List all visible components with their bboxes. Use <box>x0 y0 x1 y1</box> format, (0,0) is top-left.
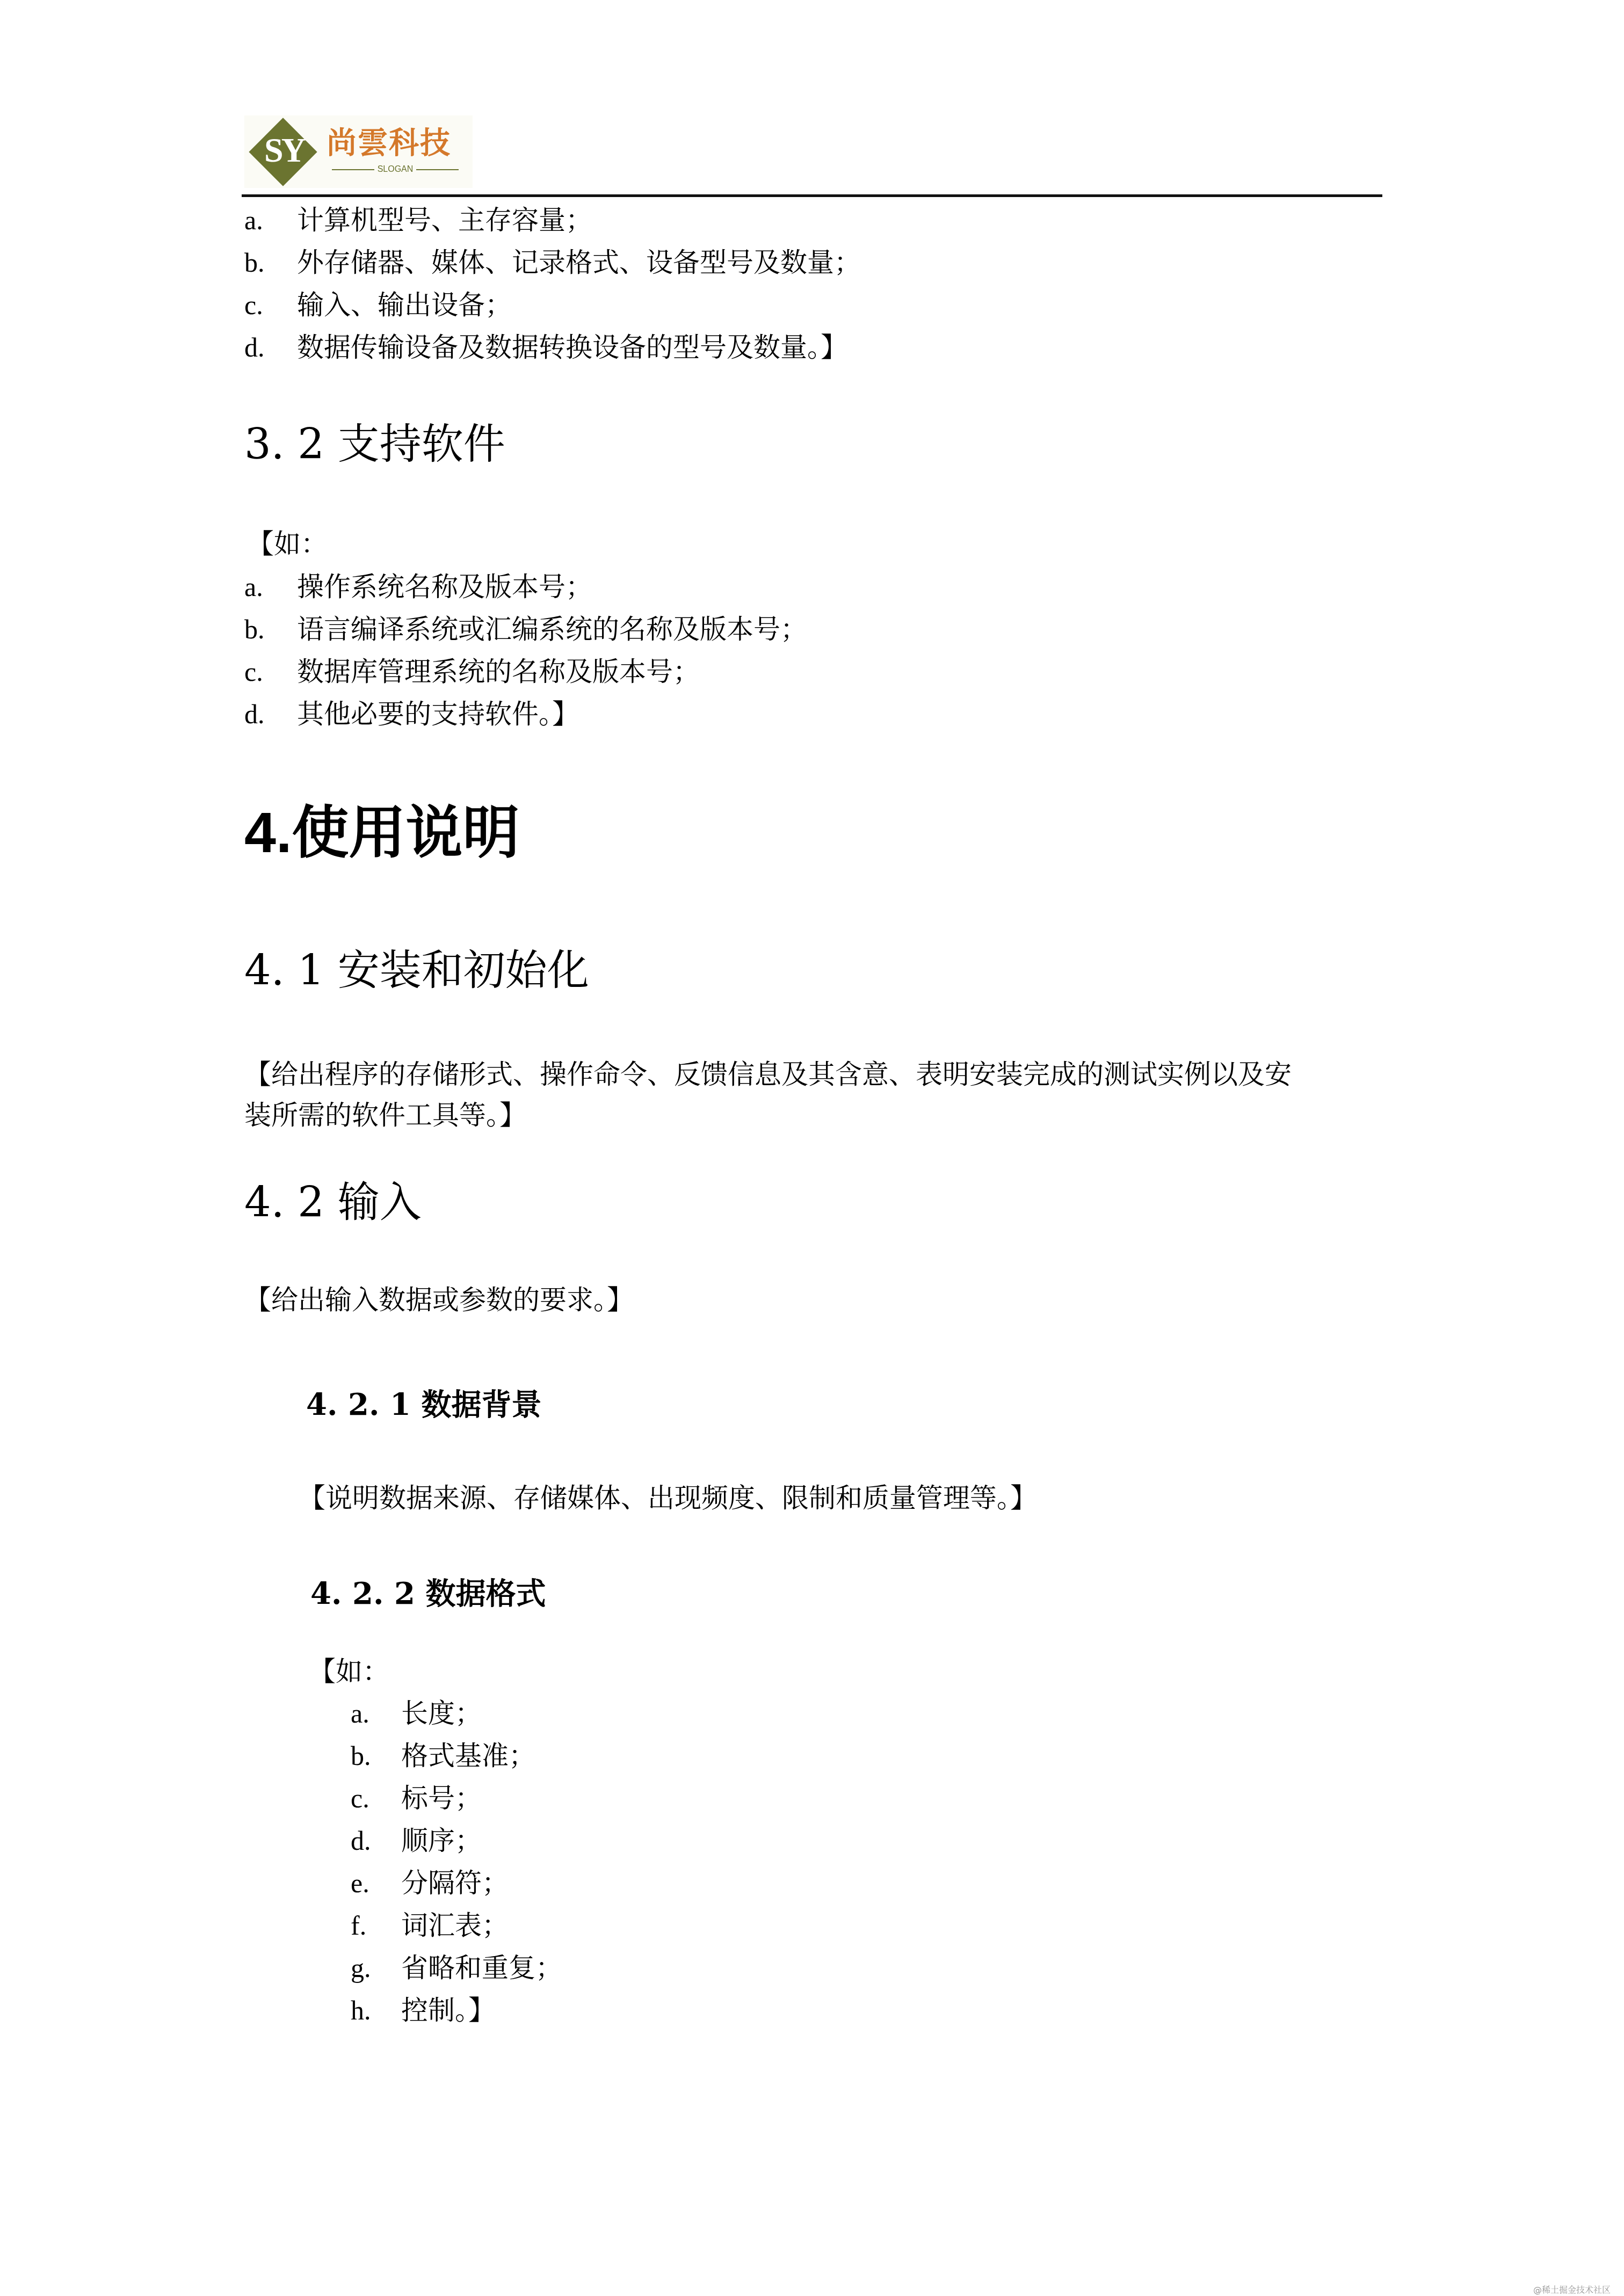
list-text: 其他必要的支持软件。】 <box>297 699 579 730</box>
list-item: c.输入、输出设备； <box>244 289 512 321</box>
list-marker: f. <box>351 1909 401 1942</box>
paragraph-line: 装所需的软件工具等。】 <box>244 1095 1383 1136</box>
list-item: b.语言编译系统或汇编系统的名称及版本号； <box>244 613 807 645</box>
heading-4: 4.使用说明 <box>244 800 519 865</box>
list-marker: a. <box>244 204 297 236</box>
list-marker: c. <box>244 289 297 321</box>
list-marker: g. <box>351 1952 401 1984</box>
paragraph-line: 【给出程序的存储形式、操作命令、反馈信息及其含意、表明安装完成的测试实例以及安 <box>244 1054 1383 1095</box>
list-text: 控制。】 <box>401 1995 495 2026</box>
list-text: 计算机型号、主存容量； <box>297 205 592 236</box>
list-marker: d. <box>244 331 297 364</box>
list-item: b.格式基准； <box>351 1740 535 1772</box>
list-item: a.计算机型号、主存容量； <box>244 204 592 236</box>
logo-slogan: SLOGAN <box>332 164 459 175</box>
list-item: c.标号； <box>351 1782 482 1814</box>
list-text: 格式基准； <box>401 1740 535 1771</box>
list-text: 数据库管理系统的名称及版本号； <box>297 656 700 687</box>
header-divider <box>242 194 1382 197</box>
list-item: d.顺序； <box>351 1825 482 1857</box>
list-item: a.长度； <box>351 1697 482 1730</box>
heading-3-2: 3. 2 支持软件 <box>244 420 505 469</box>
list-marker: b. <box>244 613 297 645</box>
list-text: 输入、输出设备； <box>297 289 512 321</box>
list-item: b.外存储器、媒体、记录格式、设备型号及数量； <box>244 246 861 279</box>
list-marker: h. <box>351 1994 401 2026</box>
list-item: d.其他必要的支持软件。】 <box>244 698 579 730</box>
logo-company-name: 尚雲科技 <box>327 127 451 159</box>
logo-initials: SY <box>255 132 314 169</box>
list-item: c.数据库管理系统的名称及版本号； <box>244 656 700 688</box>
list-marker: b. <box>351 1740 401 1772</box>
paragraph-4-1: 【给出程序的存储形式、操作命令、反馈信息及其含意、表明安装完成的测试实例以及安 … <box>244 1054 1383 1136</box>
heading-4-2-1: 4. 2. 1 数据背景 <box>306 1387 541 1422</box>
list-text: 标号； <box>401 1783 482 1814</box>
heading-4-2-2: 4. 2. 2 数据格式 <box>310 1576 546 1611</box>
list-marker: c. <box>244 656 297 688</box>
list-item: d.数据传输设备及数据转换设备的型号及数量。】 <box>244 331 847 364</box>
paragraph-4-2: 【给出输入数据或参数的要求。】 <box>244 1280 634 1320</box>
list-marker: d. <box>351 1825 401 1857</box>
list-item: g.省略和重复； <box>351 1952 562 1984</box>
slogan-text: SLOGAN <box>378 164 414 175</box>
list-text: 数据传输设备及数据转换设备的型号及数量。】 <box>297 332 847 363</box>
list-text: 语言编译系统或汇编系统的名称及版本号； <box>297 614 807 645</box>
slogan-rule-left <box>332 169 374 170</box>
list-intro: 【如： <box>309 1655 389 1688</box>
list-marker: b. <box>244 246 297 279</box>
list-intro: 【如： <box>247 528 328 560</box>
list-text: 操作系统名称及版本号； <box>297 571 592 602</box>
list-item: e.分隔符； <box>351 1867 509 1899</box>
list-marker: e. <box>351 1867 401 1899</box>
list-text: 分隔符； <box>401 1868 509 1899</box>
list-item: a.操作系统名称及版本号； <box>244 571 592 603</box>
list-text: 长度； <box>401 1698 482 1729</box>
list-marker: a. <box>351 1697 401 1730</box>
heading-4-number: 4. <box>244 801 292 864</box>
heading-4-2: 4. 2 输入 <box>244 1179 422 1227</box>
list-text: 外存储器、媒体、记录格式、设备型号及数量； <box>297 247 861 278</box>
list-item: f.词汇表； <box>351 1909 509 1942</box>
list-text: 词汇表； <box>401 1910 509 1941</box>
list-item: h.控制。】 <box>351 1994 495 2026</box>
list-marker: a. <box>244 571 297 603</box>
list-marker: c. <box>351 1782 401 1814</box>
list-marker: d. <box>244 698 297 730</box>
paragraph-4-2-1: 【说明数据来源、存储媒体、出现频度、限制和质量管理等。】 <box>299 1478 1037 1518</box>
watermark: @稀土掘金技术社区 <box>1533 2283 1611 2295</box>
slogan-rule-right <box>416 169 459 170</box>
heading-4-1: 4. 1 安装和初始化 <box>244 947 589 995</box>
list-text: 省略和重复； <box>401 1952 562 1983</box>
list-text: 顺序； <box>401 1825 482 1856</box>
heading-4-title: 使用说明 <box>292 798 519 866</box>
